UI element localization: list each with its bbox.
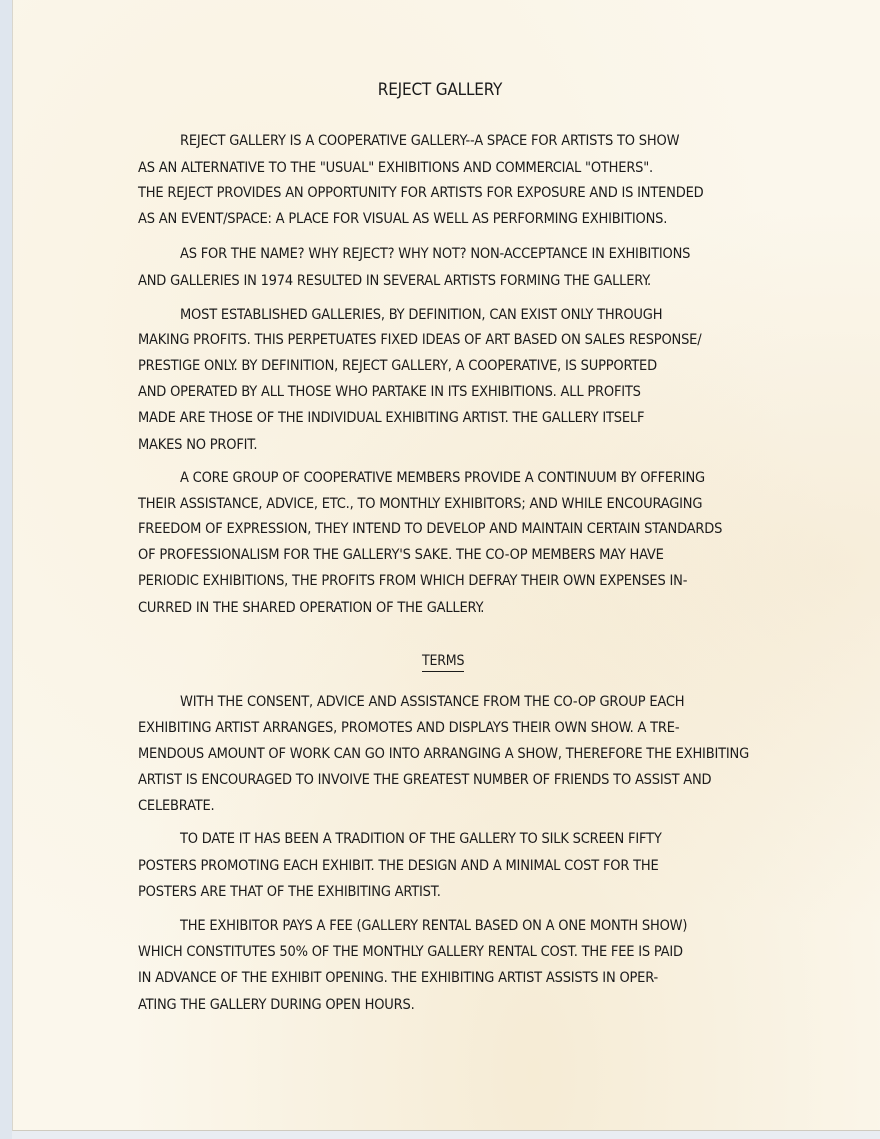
text-line: as an alternative to the "usual" exhibit…: [138, 160, 653, 176]
text-line: which constitutes 50% of the monthly gal…: [138, 944, 683, 960]
text-line: curred in the shared operation of the ga…: [138, 600, 484, 616]
text-line: artist is encouraged to invoive the grea…: [138, 772, 711, 788]
text-line: Reject Gallery is a cooperative gallery-…: [180, 133, 679, 149]
text-line: prestige only. By definition, Reject Gal…: [138, 358, 657, 374]
text-line: in advance of the exhibit opening. The e…: [138, 970, 658, 986]
text-line: and galleries in 1974 resulted in severa…: [138, 273, 651, 289]
text-line: posters promoting each exhibit. The desi…: [138, 858, 659, 874]
text-line: making profits. This perpetuates fixed i…: [138, 332, 701, 348]
text-line: ating the gallery during open hours.: [138, 997, 415, 1013]
text-line: exhibiting artist arranges, promotes and…: [138, 720, 679, 736]
text-line: freedom of expression, they intend to de…: [138, 521, 722, 537]
text-line: A core group of cooperative members prov…: [180, 470, 705, 486]
text-line: As for the name? Why Reject? Why not? No…: [180, 246, 690, 262]
text-line: periodic exhibitions, the profits from w…: [138, 573, 687, 589]
text-line: The Reject provides an opportunity for a…: [138, 185, 703, 201]
text-line: To date it has been a tradition of the g…: [180, 831, 662, 847]
text-line: their assistance, advice, etc., to month…: [138, 496, 702, 512]
text-line: mendous amount of work can go into arran…: [138, 746, 749, 762]
text-line: With the consent, advice and assistance …: [180, 694, 684, 710]
text-line: Most established galleries, by definitio…: [180, 307, 662, 323]
text-line: makes no profit.: [138, 437, 257, 453]
text-line: as an event/space: a place for visual as…: [138, 211, 667, 227]
text-line: of professionalism for the gallery's sak…: [138, 547, 664, 563]
text-line: celebrate.: [138, 798, 214, 814]
scanner-edge: [0, 0, 12, 1139]
text-line: posters are that of the exhibiting artis…: [138, 884, 441, 900]
text-line: The exhibitor pays a fee (gallery rental…: [180, 918, 687, 934]
section-heading-terms: Terms: [422, 653, 464, 672]
text-line: made are those of the individual exhibit…: [138, 410, 644, 426]
document-title: Reject Gallery: [0, 80, 880, 100]
text-line: and operated by all those who partake in…: [138, 384, 641, 400]
